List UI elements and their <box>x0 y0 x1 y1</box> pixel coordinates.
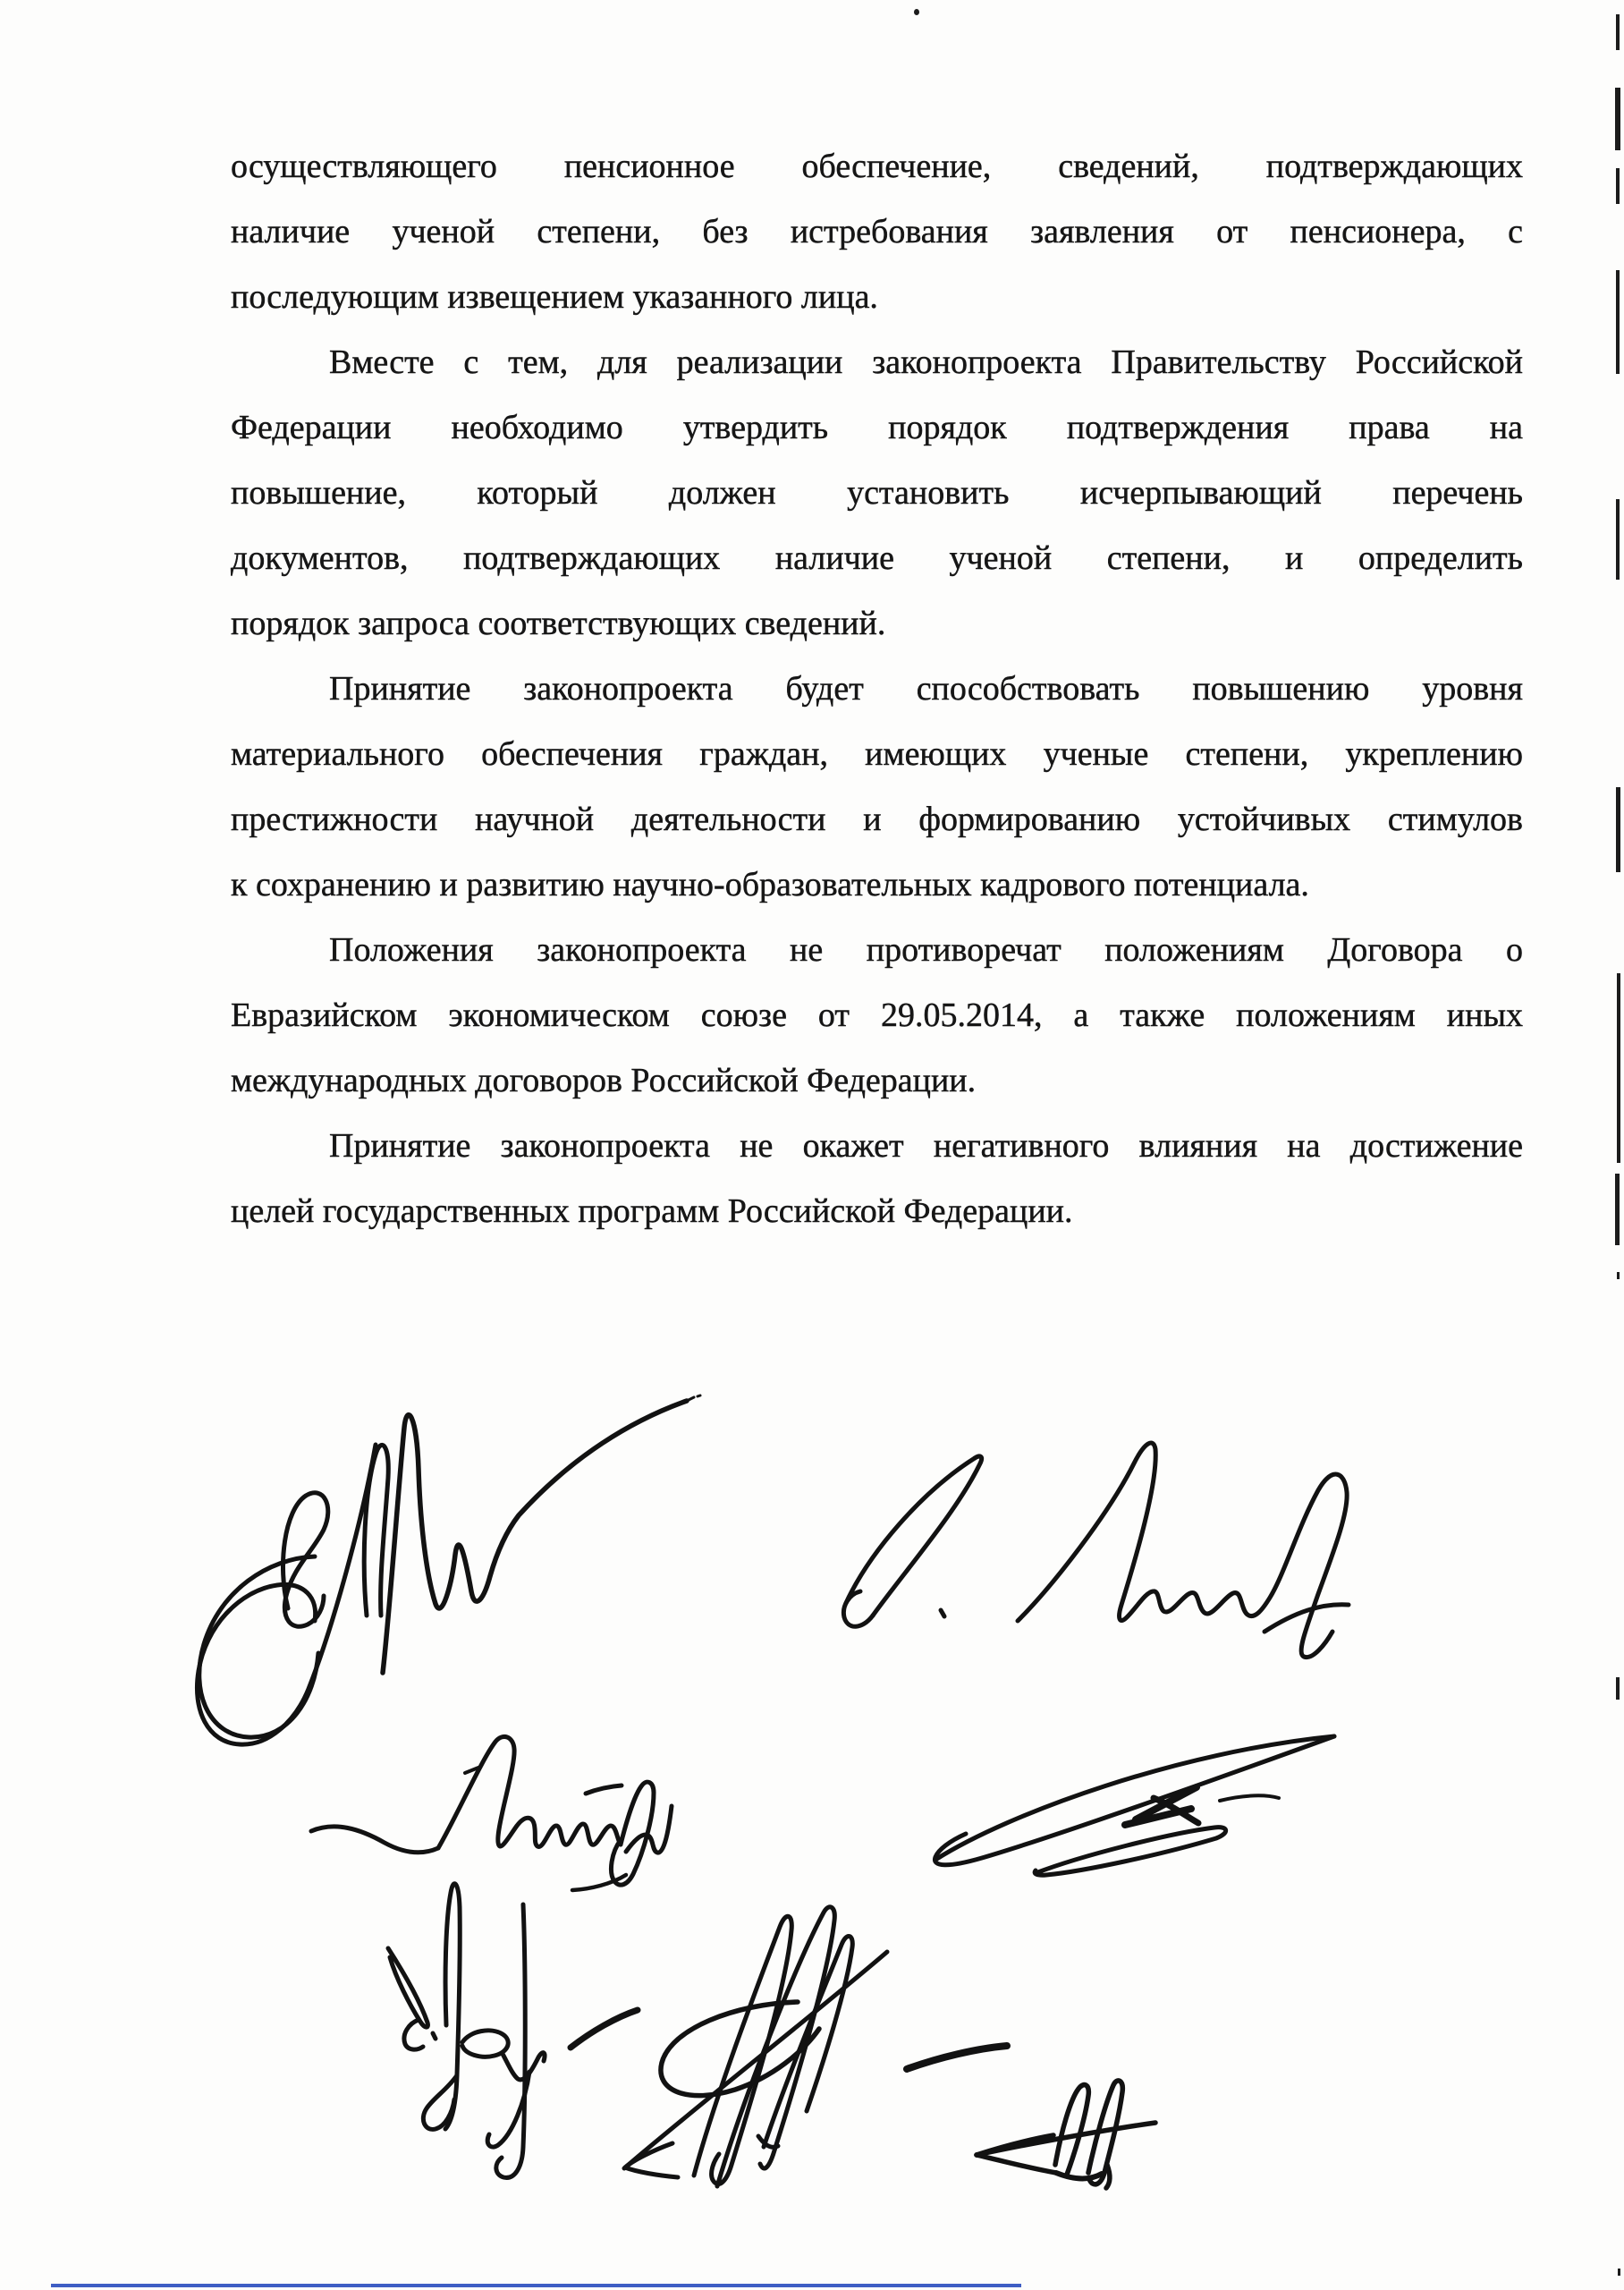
text-line: Вместе с тем, для реализации законопроек… <box>231 330 1523 395</box>
text-line: документов, подтверждающих наличие учено… <box>231 526 1523 591</box>
text-line: Принятие законопроекта не окажет негатив… <box>231 1114 1523 1179</box>
scan-bottom-blue-line <box>51 2284 1021 2287</box>
text-line: материального обеспечения граждан, имеющ… <box>231 722 1523 787</box>
text-line: повышение, который должен установить исч… <box>231 461 1523 526</box>
text-block: осуществляющего пенсионное обеспечение, … <box>231 134 1523 1244</box>
scan-edge-artifact <box>1616 499 1620 580</box>
signature-3 <box>311 1736 672 1890</box>
scan-edge-artifact <box>1616 787 1620 872</box>
text-line: международных договоров Российской Федер… <box>231 1048 1523 1114</box>
text-line: престижности научной деятельности и форм… <box>231 787 1523 852</box>
text-line: последующим извещением указанного лица. <box>231 265 1523 330</box>
scan-edge-artifact <box>1617 1272 1620 1279</box>
text-line: наличие ученой степени, без истребования… <box>231 199 1523 265</box>
signature-6 <box>624 1907 887 2186</box>
scan-edge-artifact <box>1616 168 1620 204</box>
text-line: осуществляющего пенсионное обеспечение, … <box>231 134 1523 199</box>
scan-edge-artifact <box>1615 1174 1620 1245</box>
scan-speck-dot <box>914 9 919 15</box>
signature-flourish-dash-2 <box>907 2046 1007 2069</box>
signature-7 <box>977 2081 1155 2188</box>
scan-edge-artifact <box>1617 973 1620 1163</box>
scanned-document-page: осуществляющего пенсионное обеспечение, … <box>0 0 1624 2290</box>
text-line: Положения законопроекта не противоречат … <box>231 918 1523 983</box>
text-line: Принятие законопроекта будет способствов… <box>231 657 1523 722</box>
scan-edge-artifact <box>1616 270 1620 374</box>
signature-5 <box>388 1884 545 2178</box>
text-line: к сохранению и развитию научно-образоват… <box>231 852 1523 918</box>
text-line: Евразийском экономическом союзе от 29.05… <box>231 983 1523 1048</box>
scan-edge-artifact <box>1618 2269 1620 2276</box>
scan-edge-artifact <box>1616 1677 1620 1700</box>
scan-edge-artifact <box>1616 14 1620 50</box>
text-line: порядок запроса соответствующих сведений… <box>231 591 1523 657</box>
signature-1 <box>197 1395 700 1744</box>
signature-2 <box>843 1443 1349 1658</box>
signature-4 <box>935 1736 1334 1875</box>
text-line: Федерации необходимо утвердить порядок п… <box>231 395 1523 461</box>
text-line: целей государственных программ Российско… <box>231 1179 1523 1244</box>
signature-flourish-dash-1 <box>571 2010 638 2048</box>
scan-edge-artifact <box>1615 88 1620 150</box>
